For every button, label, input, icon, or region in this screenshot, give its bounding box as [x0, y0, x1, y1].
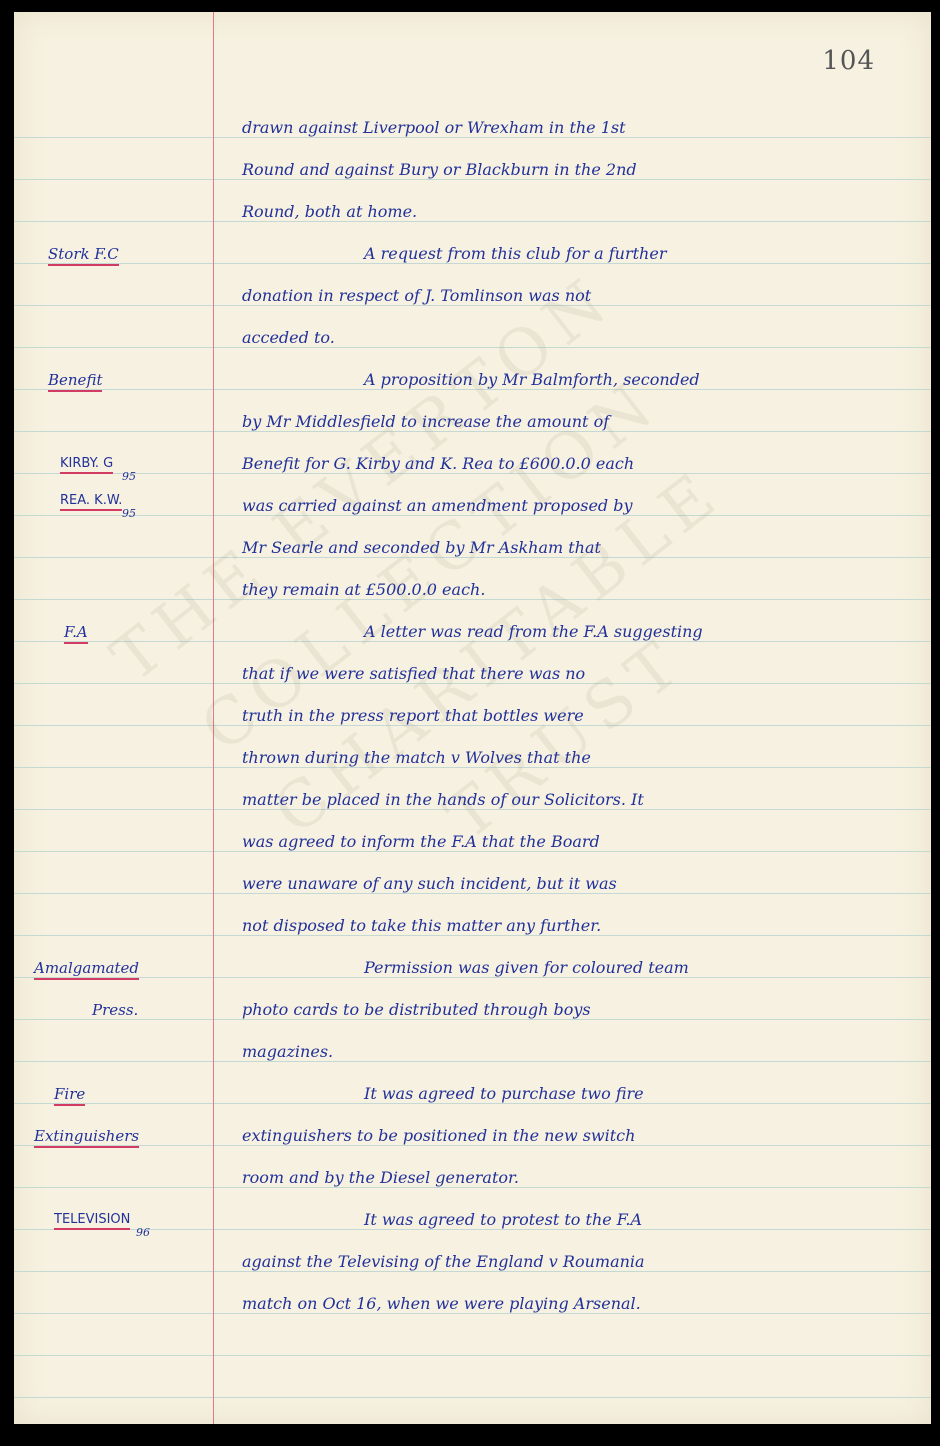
margin-note: 96 — [136, 1226, 150, 1239]
margin-note: 95 — [122, 507, 136, 520]
body-line: Round, both at home. — [242, 199, 417, 225]
body-line: It was agreed to purchase two fire — [364, 1081, 644, 1107]
body-line: against the Televising of the England v … — [242, 1249, 645, 1275]
margin-sub-rea: REA. K.W. — [60, 493, 122, 511]
ruled-line — [14, 1397, 931, 1398]
body-line: donation in respect of J. Tomlinson was … — [242, 283, 591, 309]
ruled-line — [14, 1355, 931, 1356]
body-line: photo cards to be distributed through bo… — [242, 997, 591, 1023]
ruled-line — [14, 221, 931, 222]
page-number: 104 — [822, 46, 875, 76]
ledger-page: 104 THE EVERTON COLLECTION CHARITABLE TR… — [14, 12, 931, 1424]
body-line: they remain at £500.0.0 each. — [242, 577, 485, 603]
body-line: that if we were satisfied that there was… — [242, 661, 585, 687]
body-line: extinguishers to be positioned in the ne… — [242, 1123, 635, 1149]
body-line: match on Oct 16, when we were playing Ar… — [242, 1291, 641, 1317]
margin-heading-fire: Fire — [54, 1085, 85, 1106]
margin-note: 95 — [122, 470, 136, 483]
body-line: thrown during the match v Wolves that th… — [242, 745, 591, 771]
margin-heading-stork: Stork F.C — [48, 245, 119, 266]
body-line: drawn against Liverpool or Wrexham in th… — [242, 115, 626, 141]
body-line: A request from this club for a further — [364, 241, 666, 267]
body-line: acceded to. — [242, 325, 335, 351]
margin-heading-benefit: Benefit — [48, 371, 102, 392]
body-line: Benefit for G. Kirby and K. Rea to £600.… — [242, 451, 634, 477]
margin-heading-extinguishers: Extinguishers — [34, 1127, 139, 1148]
body-line: Permission was given for coloured team — [364, 955, 689, 981]
body-line: room and by the Diesel generator. — [242, 1165, 519, 1191]
body-line: was carried against an amendment propose… — [242, 493, 633, 519]
body-line: A letter was read from the F.A suggestin… — [364, 619, 703, 645]
margin-heading-fa: F.A — [64, 623, 88, 644]
body-line: A proposition by Mr Balmforth, seconded — [364, 367, 700, 393]
body-line: It was agreed to protest to the F.A — [364, 1207, 642, 1233]
body-line: Round and against Bury or Blackburn in t… — [242, 157, 637, 183]
body-line: was agreed to inform the F.A that the Bo… — [242, 829, 600, 855]
margin-rule — [213, 12, 214, 1424]
body-line: matter be placed in the hands of our Sol… — [242, 787, 644, 813]
margin-heading-press: Press. — [92, 997, 138, 1023]
body-line: not disposed to take this matter any fur… — [242, 913, 601, 939]
margin-heading-amalgamated: Amalgamated — [34, 959, 139, 980]
margin-sub-kirby: KIRBY. G — [60, 456, 113, 474]
margin-heading-television: TELEVISION — [54, 1212, 130, 1230]
body-line: were unaware of any such incident, but i… — [242, 871, 617, 897]
body-line: Mr Searle and seconded by Mr Askham that — [242, 535, 601, 561]
body-line: truth in the press report that bottles w… — [242, 703, 584, 729]
body-line: magazines. — [242, 1039, 333, 1065]
ruled-line — [14, 1061, 931, 1062]
ruled-line — [14, 347, 931, 348]
body-line: by Mr Middlesfield to increase the amoun… — [242, 409, 609, 435]
